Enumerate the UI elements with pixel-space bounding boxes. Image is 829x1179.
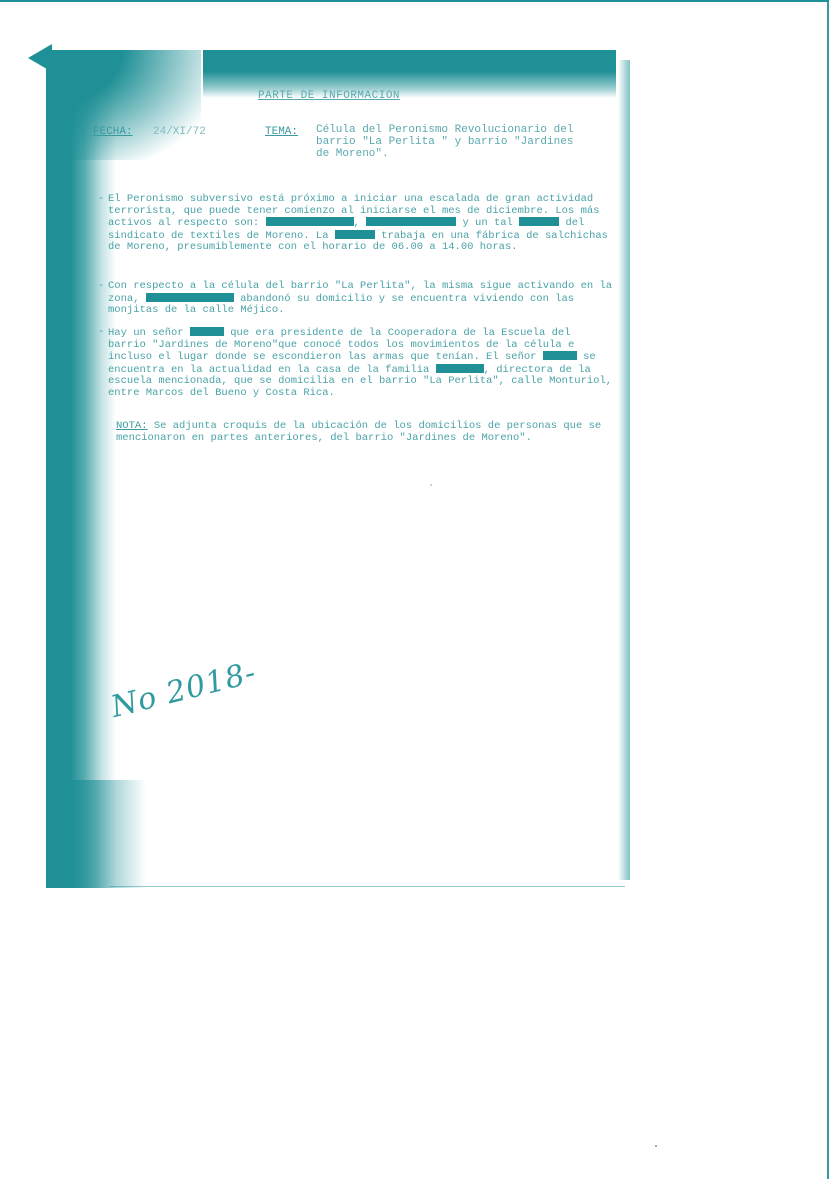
bullet-dash: -	[98, 281, 104, 293]
document-title: PARTE DE INFORMACION	[258, 90, 400, 102]
toner-smudge-bottom-left	[46, 780, 146, 888]
bullet-dash: -	[98, 194, 104, 206]
redaction-box	[266, 217, 354, 226]
redaction-box	[146, 293, 234, 302]
redaction-box	[436, 364, 484, 373]
scan-speck	[430, 484, 432, 486]
paragraph-text: ,	[354, 217, 367, 229]
page-bottom-edge	[110, 886, 625, 887]
redaction-box	[335, 230, 375, 239]
nota-block: NOTA: Se adjunta croquis de la ubicación…	[116, 421, 616, 444]
nota-text: Se adjunta croquis de la ubicación de lo…	[116, 420, 601, 444]
redaction-box	[543, 351, 577, 360]
fecha-label: FECHA:	[93, 127, 133, 138]
redaction-box	[366, 217, 456, 226]
scan-top-border	[0, 0, 829, 2]
redaction-box	[190, 327, 224, 336]
toner-smudge-left	[46, 72, 116, 888]
bullet-dash: -	[98, 327, 104, 339]
document-sheet	[46, 50, 630, 888]
tema-text: Célula del Peronismo Revolucionario del …	[316, 124, 596, 160]
toner-smudge-right	[618, 60, 630, 880]
redaction-box	[519, 217, 559, 226]
torn-corner-icon	[28, 44, 52, 72]
paragraph-terrorist-activity: -El Peronismo subversivo está próximo a …	[108, 194, 613, 254]
nota-label: NOTA:	[116, 420, 148, 432]
paragraph-cooperadora: -Hay un señor que era presidente de la C…	[108, 327, 613, 399]
paragraph-text: y un tal	[456, 217, 519, 229]
tema-label: TEMA:	[265, 127, 298, 138]
paragraph-la-perlita-cell: -Con respecto a la célula del barrio "La…	[108, 281, 613, 317]
fecha-value: 24/XI/72	[153, 127, 206, 138]
scan-speck	[655, 1145, 657, 1147]
paragraph-text: Hay un señor	[108, 327, 190, 339]
